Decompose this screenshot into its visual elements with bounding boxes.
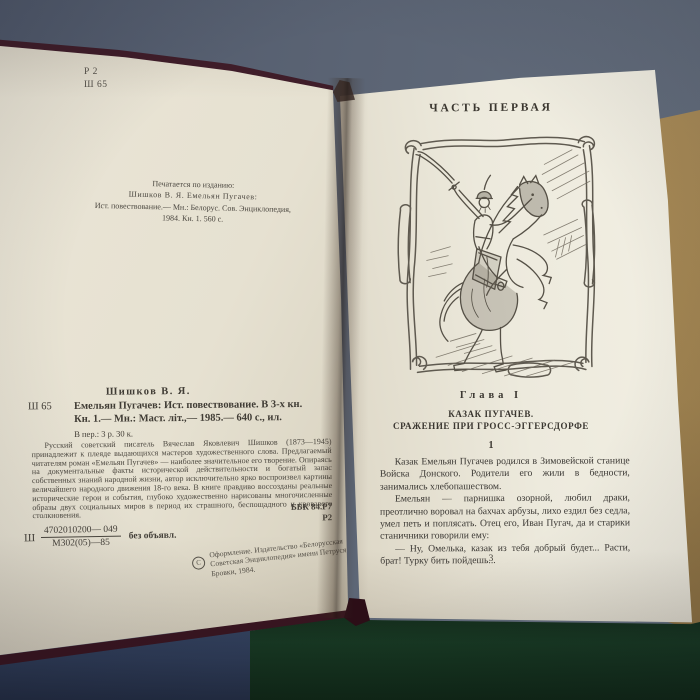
edition-note-line: Печатается по изданию: (62, 176, 324, 193)
scroll-frame (397, 135, 595, 377)
edition-note-line: Шишков В. Я. Емельян Пугачев: (62, 188, 324, 205)
photo-open-book: Р 2 Ш 65 Печатается по изданию: Шишков В… (0, 0, 700, 700)
edition-note: Печатается по изданию: Шишков В. Я. Емел… (62, 176, 325, 227)
chapter-subtitle: СРАЖЕНИЕ ПРИ ГРОСС-ЭГГЕРСДОРФЕ (366, 421, 616, 431)
right-page: ЧАСТЬ ПЕРВАЯ (336, 62, 696, 628)
catalog-price: В пер.: 3 р. 30 к. (74, 426, 340, 438)
classification-marks: Р 2 Ш 65 (84, 66, 107, 92)
rider (415, 152, 532, 291)
catalog-code-numerator: 4702010200— 049 (41, 525, 121, 538)
part-title: ЧАСТЬ ПЕРВАЯ (372, 101, 610, 115)
left-page: Р 2 Ш 65 Печатается по изданию: Шишков В… (0, 36, 352, 660)
annotation-text: Русский советский писатель Вячеслав Яков… (31, 438, 332, 521)
classification-mark-line: Ш 65 (84, 79, 107, 92)
section-number: 1 (366, 440, 616, 451)
hatching (426, 149, 591, 377)
catalog-card: Шишков В. Я. Ш 65 Емельян Пугачев: Ист. … (28, 385, 340, 439)
body-text: Казак Емельян Пугачев родился в Зимовейс… (380, 455, 631, 568)
copyright-icon: C (191, 556, 205, 570)
catalog-title: Емельян Пугачев: Ист. повествование. В 3… (74, 398, 302, 411)
paragraph: Казак Емельян Пугачев родился в Зимовейс… (380, 455, 630, 494)
catalog-index: Ш 65 (28, 400, 74, 411)
catalog-imprint: Кн. 1.— Мн.: Маст. літ.,— 1985.— 640 с.,… (74, 412, 340, 425)
cossack-rider-illustration-svg (391, 127, 613, 383)
catalog-code: Ш 4702010200— 049 М302(05)—85 без объявл… (24, 524, 177, 550)
edition-note-line: Ист. повествование.— Мн.: Белорус. Сов. … (62, 199, 324, 216)
catalog-code-denominator: М302(05)—85 (41, 537, 121, 549)
horse (440, 175, 552, 372)
catalog-code-note: без объявл. (129, 530, 177, 541)
cossack-rider-illustration (391, 127, 613, 383)
classification-mark-line: Р 2 (84, 66, 107, 79)
chapter-heading-block: Глава I КАЗАК ПУГАЧЕВ. СРАЖЕНИЕ ПРИ ГРОС… (366, 390, 616, 451)
catalog-code-prefix: Ш (24, 532, 35, 544)
edition-note-line: 1984. Кн. 1. 560 с. (62, 210, 324, 227)
chapter-subtitle: КАЗАК ПУГАЧЕВ. (366, 409, 616, 419)
chapter-heading: Глава I (366, 390, 616, 401)
catalog-code-fraction: 4702010200— 049 М302(05)—85 (41, 525, 121, 549)
paragraph: Емельян — парнишка озорной, любил драки,… (380, 493, 630, 544)
paragraph: — Ну, Омелька, казак из тебя добрый буде… (380, 542, 630, 568)
page-number: 3 (366, 554, 616, 564)
catalog-author: Шишков В. Я. (106, 385, 340, 398)
